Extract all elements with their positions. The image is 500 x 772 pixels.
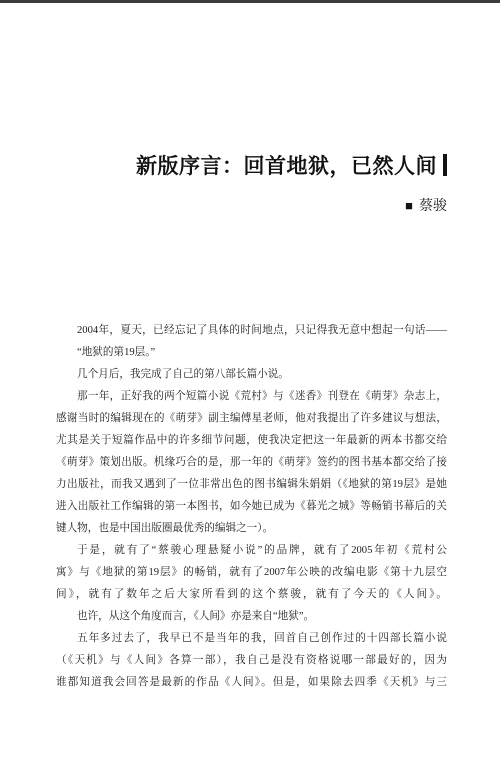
body-line: 那一年，正好我的两个短篇小说《荒村》与《迷香》刊登在《萌芽》杂志上， <box>56 386 447 408</box>
body-line: 键人物，也是中国出版圈最优秀的编辑之一）。 <box>56 518 447 540</box>
page-top-edge <box>0 0 500 3</box>
body-line: “地狱的第19层。” <box>56 342 447 364</box>
body-line: 于是，就有了“蔡骏心理悬疑小说”的品牌，就有了2005年初《荒村公 <box>56 540 447 562</box>
body-line: 几个月后，我完成了自己的第八部长篇小说。 <box>56 364 447 386</box>
author-line: ■蔡骏 <box>405 197 447 214</box>
book-page: 新版序言：回首地狱，已然人间 ■蔡骏 2004年，夏天，已经忘记了具体的时间地点… <box>0 0 500 772</box>
body-line: （《天机》与《人间》各算一部），我自己是没有资格说哪一部最好的，因为 <box>56 650 447 672</box>
body-line: 也许，从这个角度而言，《人间》亦是来自“地狱”。 <box>56 606 447 628</box>
title-end-bar <box>443 154 447 176</box>
page-title: 新版序言：回首地狱，已然人间 <box>136 153 447 181</box>
body-line: 《萌芽》策划出版。机缘巧合的是，那一年的《萌芽》签约的图书基本都交给了接 <box>56 452 447 474</box>
body-line: 感谢当时的编辑现在的《萌芽》副主编傅星老师，他对我提出了许多建议与想法， <box>56 408 447 430</box>
author-marker-icon: ■ <box>405 198 413 213</box>
body-text: 2004年，夏天，已经忘记了具体的时间地点，只记得我无意中想起一句话——“地狱的… <box>56 320 447 694</box>
body-line: 进入出版社工作编辑的第一本图书，如今她已成为《暮光之城》等畅销书幕后的关 <box>56 496 447 518</box>
author-name: 蔡骏 <box>419 197 447 213</box>
body-line: 尤其是关于短篇作品中的许多细节问题，使我决定把这一年最新的两本书都交给 <box>56 430 447 452</box>
body-line: 五年多过去了，我早已不是当年的我，回首自己创作过的十四部长篇小说 <box>56 628 447 650</box>
body-line: 间》，就有了数年之后大家所看到的这个蔡骏，就有了今天的《人间》。 <box>56 584 447 606</box>
body-line: 寓》与《地狱的第19层》的畅销，就有了2007年公映的改编电影《第十九层空 <box>56 562 447 584</box>
body-line: 力出版社，而我又遇到了一位非常出色的图书编辑朱娟娟（《地狱的第19层》是她 <box>56 474 447 496</box>
body-line: 谁都知道我会回答是最新的作品《人间》。但是，如果除去四季《天机》与三 <box>56 672 447 694</box>
page-title-text: 新版序言：回首地狱，已然人间 <box>136 155 437 178</box>
body-line: 2004年，夏天，已经忘记了具体的时间地点，只记得我无意中想起一句话—— <box>56 320 447 342</box>
